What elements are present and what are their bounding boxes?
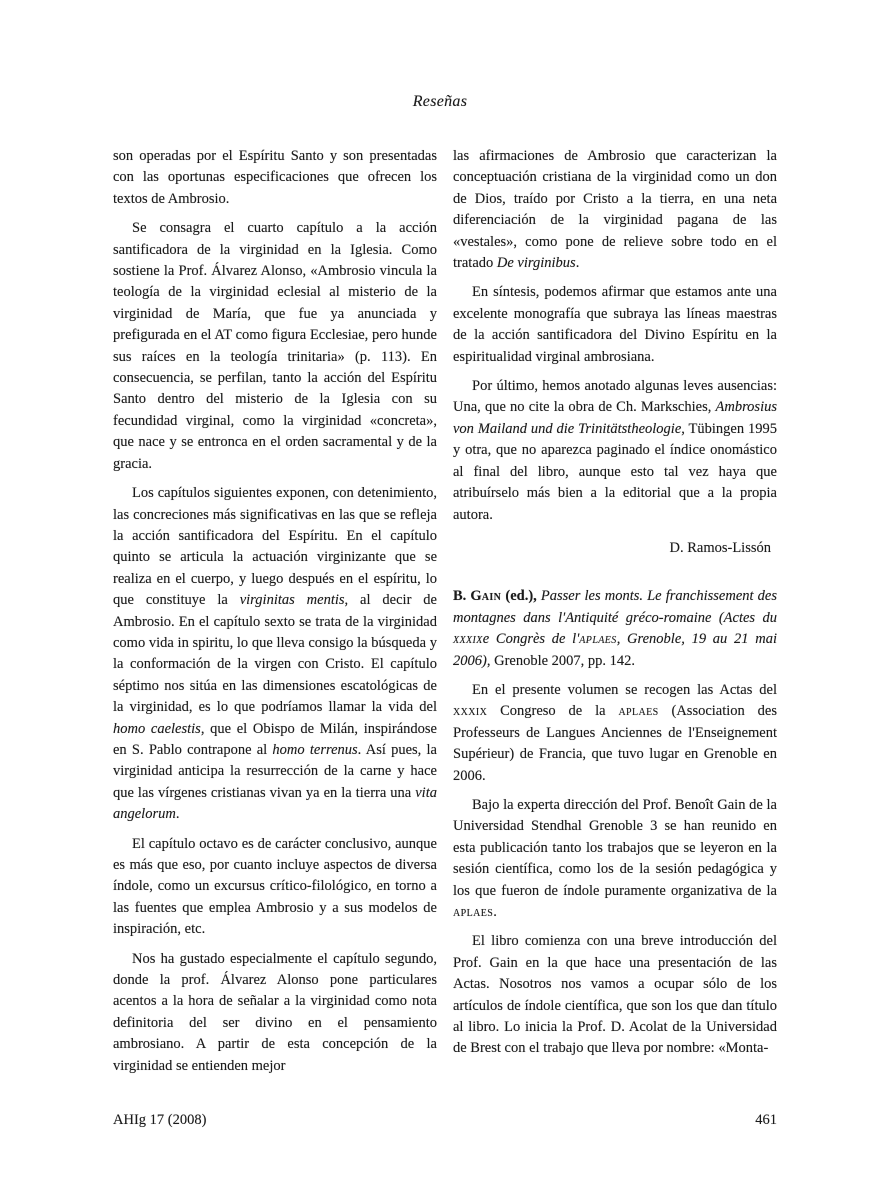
scanned-journal-page: Reseñas son operadas por el Espíritu San… [0, 0, 880, 1200]
text-columns: son operadas por el Espíritu Santo y son… [113, 146, 777, 1077]
paragraph: Por último, hemos anotado algunas leves … [453, 376, 777, 526]
paragraph: Se consagra el cuarto capítulo a la acci… [113, 218, 437, 475]
paragraph: Los capítulos siguientes exponen, con de… [113, 483, 437, 826]
paragraph: Bajo la experta dirección del Prof. Beno… [453, 795, 777, 923]
paragraph: las afirmaciones de Ambrosio que caracte… [453, 146, 777, 274]
page-footer: AHIg 17 (2008) 461 [113, 1112, 777, 1129]
right-column: las afirmaciones de Ambrosio que caracte… [453, 146, 777, 1077]
paragraph: El capítulo octavo es de carácter conclu… [113, 834, 437, 941]
reviewer-signature: D. Ramos-Lissón [453, 538, 777, 559]
paragraph: El libro comienza con una breve introduc… [453, 931, 777, 1059]
paragraph: Nos ha gustado especialmente el capítulo… [113, 949, 437, 1077]
paragraph: son operadas por el Espíritu Santo y son… [113, 146, 437, 210]
journal-reference: AHIg 17 (2008) [113, 1112, 206, 1129]
review-heading: B. Gain (ed.), Passer les monts. Le fran… [453, 586, 777, 672]
paragraph: En síntesis, podemos afirmar que estamos… [453, 282, 777, 368]
running-head: Reseñas [0, 93, 880, 111]
left-column: son operadas por el Espíritu Santo y son… [113, 146, 437, 1077]
page-number: 461 [755, 1112, 777, 1129]
paragraph: En el presente volumen se recogen las Ac… [453, 680, 777, 787]
